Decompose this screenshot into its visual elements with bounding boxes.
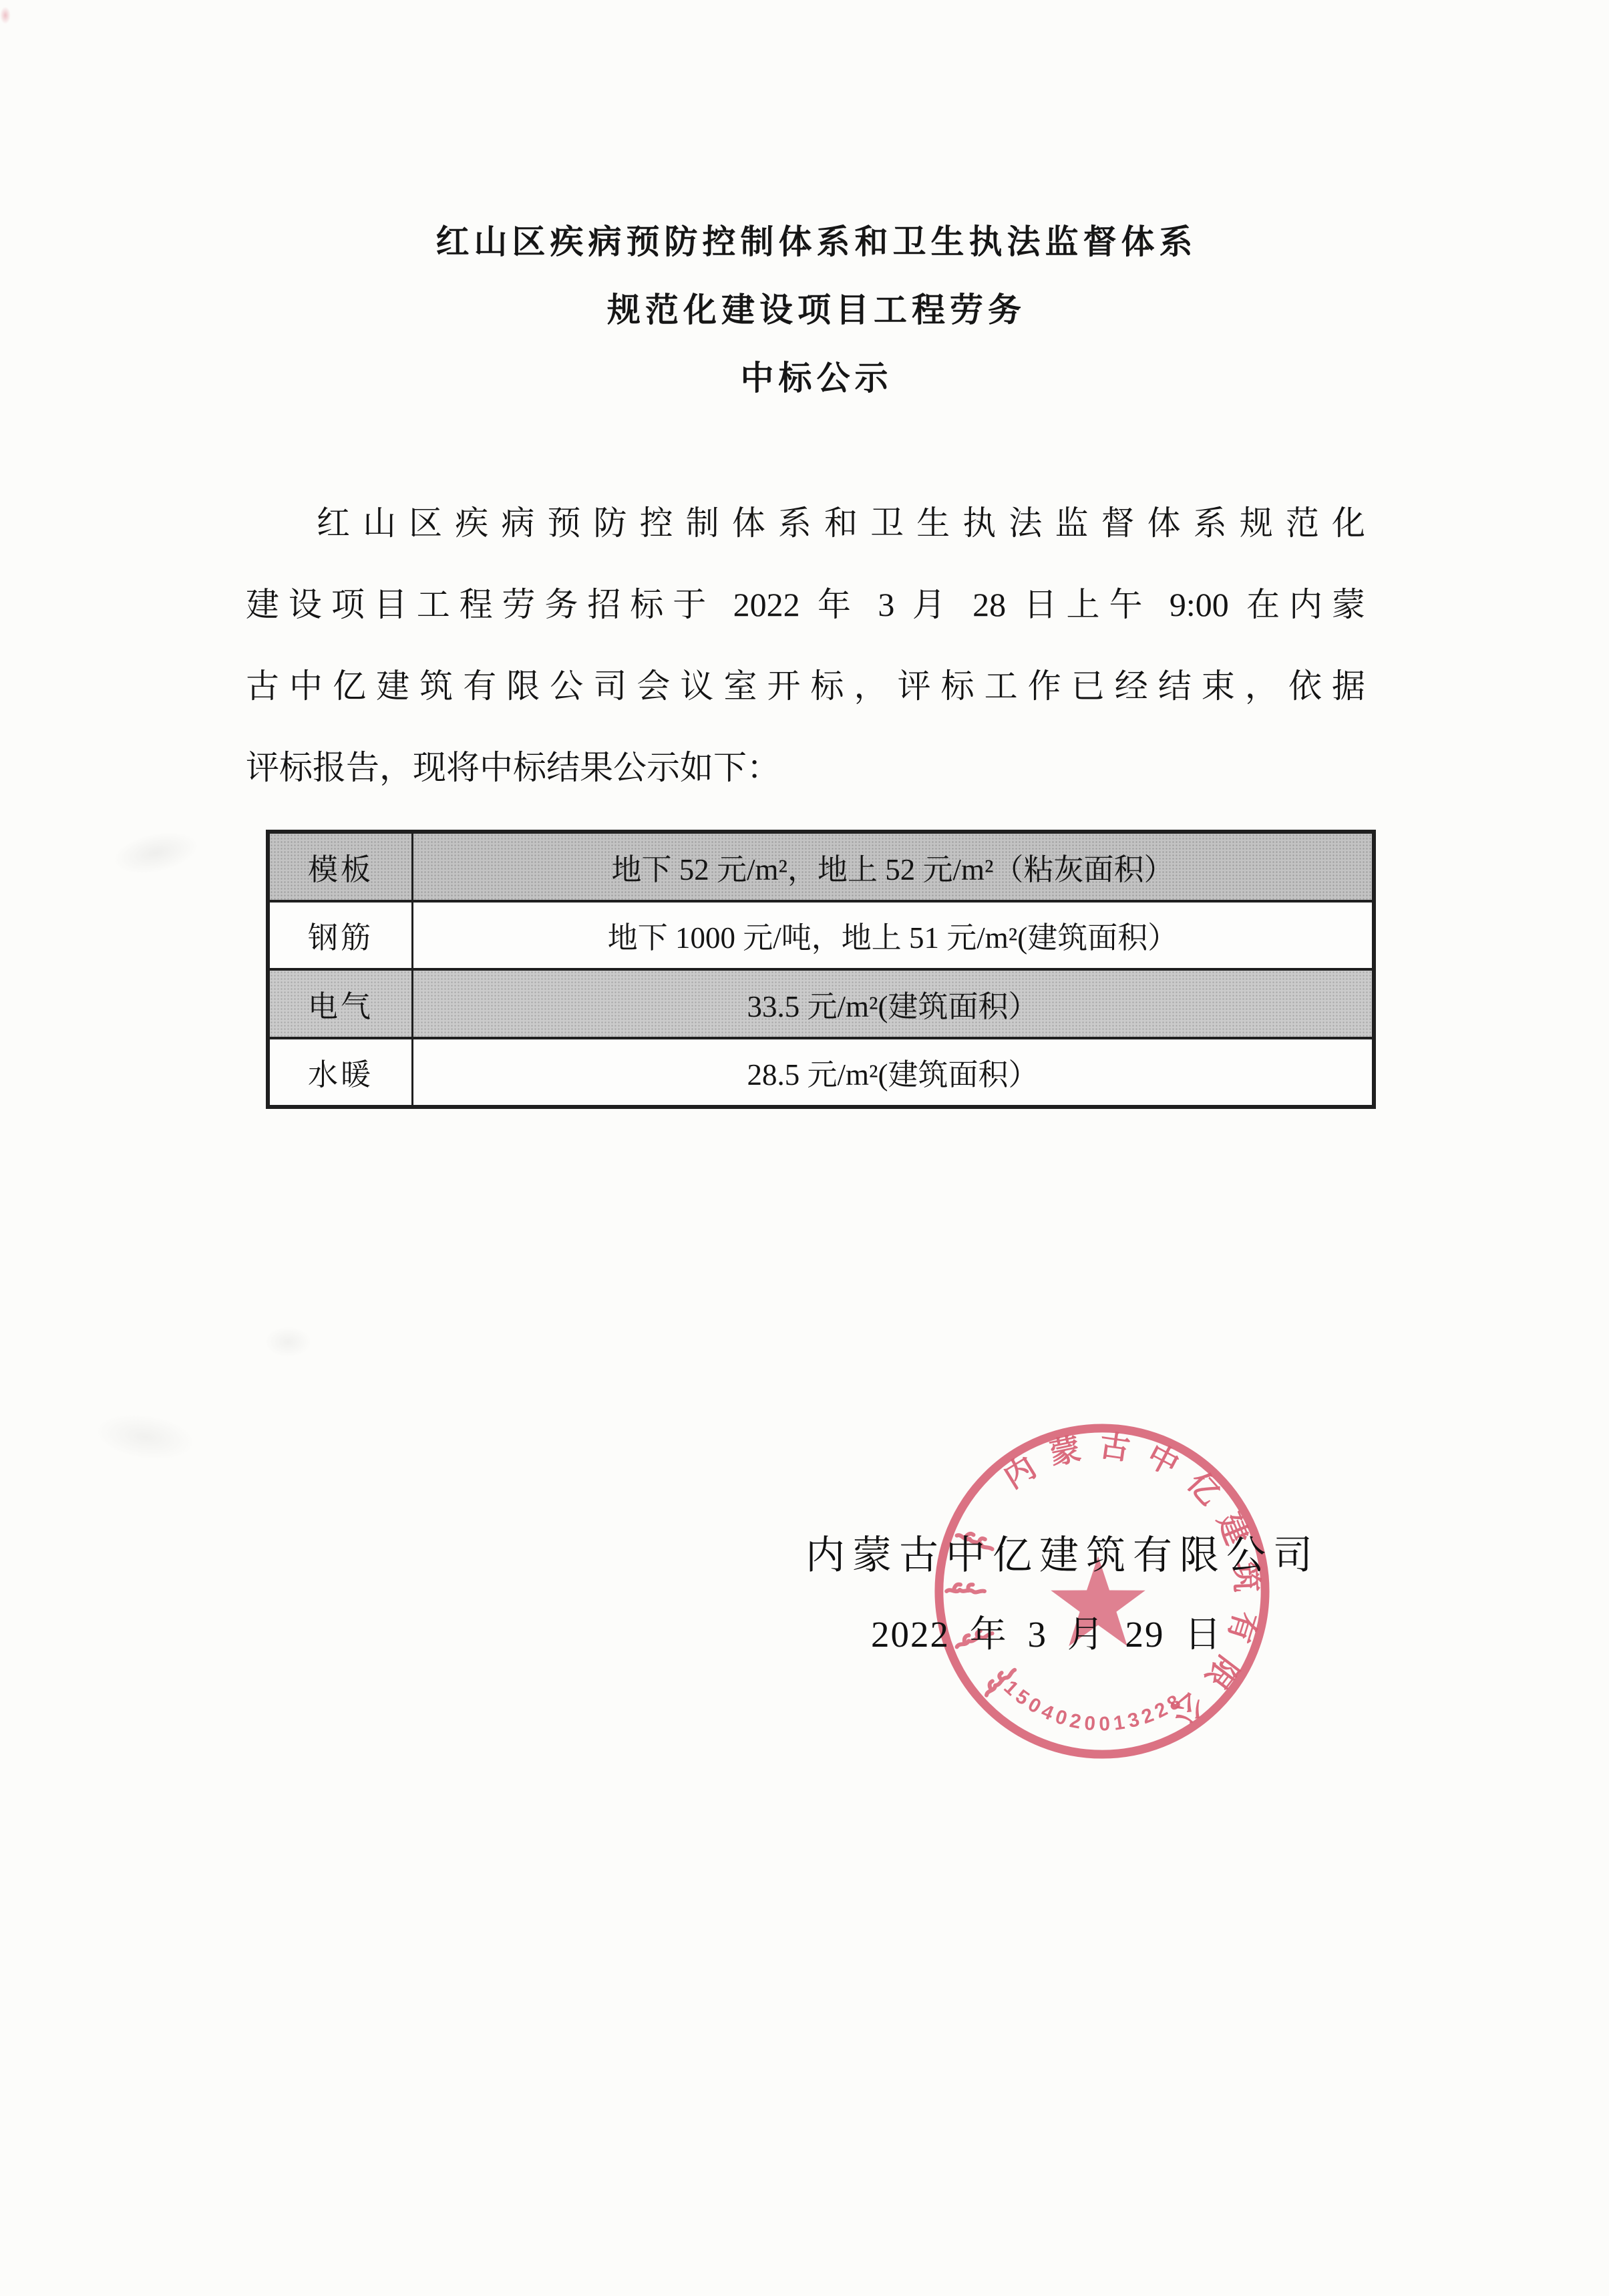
table-row: 水暖 28.5 元/m²(建筑面积） (270, 1039, 1372, 1106)
document-title-line-1: 红山区疾病预防控制体系和卫生执法监督体系 (24, 222, 1609, 262)
table-row: 模板 地下 52 元/m²，地上 52 元/m²（粘灰面积） (270, 834, 1372, 903)
row-value: 地下 52 元/m²，地上 52 元/m²（粘灰面积） (413, 834, 1372, 900)
scan-smudge (92, 1408, 198, 1466)
signature-date: 2022 年 3 月 29 日 (871, 1605, 1222, 1657)
row-label: 电气 (270, 971, 413, 1037)
table-row: 钢筋 地下 1000 元/吨，地上 51 元/m²(建筑面积） (270, 903, 1372, 971)
bid-result-table: 模板 地下 52 元/m²，地上 52 元/m²（粘灰面积） 钢筋 地下 100… (266, 830, 1376, 1109)
row-value: 33.5 元/m²(建筑面积） (413, 971, 1372, 1037)
scanned-document-page: 红山区疾病预防控制体系和卫生执法监督体系 规范化建设项目工程劳务 中标公示 红山… (0, 0, 1609, 2296)
signature-company-name: 内蒙古中亿建筑有限公司 (806, 1523, 1320, 1580)
row-value: 地下 1000 元/吨，地上 51 元/m²(建筑面积） (413, 903, 1372, 969)
scan-smudge (109, 825, 202, 881)
row-value: 28.5 元/m²(建筑面积） (413, 1039, 1372, 1106)
paragraph-line-2: 建设项目工程劳务招标于 2022 年 3 月 28 日上午 9:00 在内蒙 (246, 584, 1365, 625)
row-label: 模板 (270, 834, 413, 900)
document-title-line-2: 规范化建设项目工程劳务 (24, 290, 1609, 330)
paragraph-line-1: 红山区疾病预防控制体系和卫生执法监督体系规范化 (246, 502, 1365, 544)
table-row: 电气 33.5 元/m²(建筑面积） (270, 971, 1372, 1039)
row-label: 水暖 (270, 1039, 413, 1106)
seal-serial-number: 1504020013228 (999, 1676, 1188, 1736)
row-label: 钢筋 (270, 903, 413, 969)
paragraph-line-4: 评标报告，现将中标结果公示如下： (246, 747, 1365, 788)
document-title-line-3: 中标公示 (24, 358, 1609, 398)
company-seal-stamp: 内蒙古中亿建筑有限公司 15040200132 (930, 1419, 1274, 1764)
scan-smudge (0, 7, 11, 24)
scan-smudge (264, 1327, 311, 1357)
paragraph-line-3: 古中亿建筑有限公司会议室开标，评标工作已经结束，依据 (246, 665, 1365, 707)
